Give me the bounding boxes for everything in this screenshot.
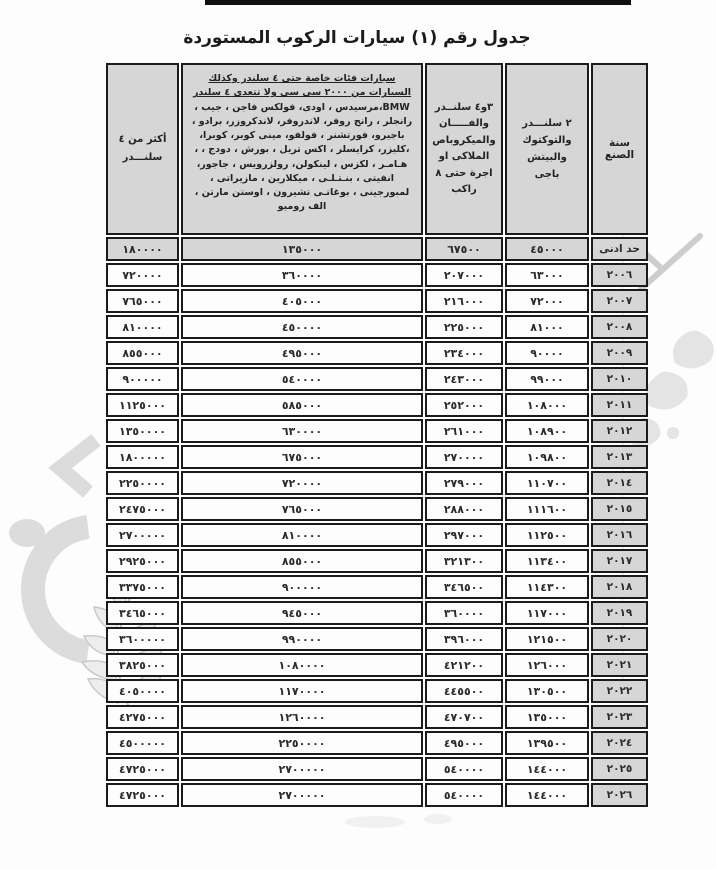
categories-cell: ٥٨٥٠٠٠: [181, 393, 423, 417]
document-page: جدول رقم (١) سيارات الركوب المستوردة سنة…: [0, 0, 716, 869]
year-cell: ٢٠٢٢: [591, 679, 648, 703]
table-row: ٢٠٢٥١٤٤٠٠٠٥٤٠٠٠٠٢٧٠٠٠٠٠٤٧٢٥٠٠٠: [106, 757, 648, 781]
table-row: ٢٠٠٩٩٠٠٠٠٢٣٤٠٠٠٤٩٥٠٠٠٨٥٥٠٠٠: [106, 341, 648, 365]
year-cell: ٢٠٠٧: [591, 289, 648, 313]
cyl2-cell: ١٠٨٩٠٠: [505, 419, 589, 443]
cyl4plus-cell: ٣٨٢٥٠٠٠: [106, 653, 179, 677]
header-3-4-cylinder: ٣و٤ سلنــدر والفـــــان والميكروباص المل…: [425, 63, 503, 235]
cyl2-cell: ١١٧٠٠٠: [505, 601, 589, 625]
table-row: ٢٠١١١٠٨٠٠٠٢٥٢٠٠٠٥٨٥٠٠٠١١٢٥٠٠٠: [106, 393, 648, 417]
cyl2-cell: ١٣٥٠٠٠: [505, 705, 589, 729]
table-row: ٢٠١٨١١٤٣٠٠٣٤٦٥٠٠٩٠٠٠٠٠٣٣٧٥٠٠٠: [106, 575, 648, 599]
cyl34-cell: ٢٧٠٠٠٠: [425, 445, 503, 469]
categories-cell: ٢٢٥٠٠٠٠: [181, 731, 423, 755]
cyl34-cell: ٤٢١٢٠٠: [425, 653, 503, 677]
categories-cell: ٢٧٠٠٠٠٠: [181, 783, 423, 807]
top-rule: [205, 0, 631, 5]
special-categories-brands-text: BMW،مرسيدس ، اودى، فولكس فاجن ، جيب ، را…: [192, 102, 412, 213]
table-row: ٢٠٢١١٢٦٠٠٠٤٢١٢٠٠١٠٨٠٠٠٠٣٨٢٥٠٠٠: [106, 653, 648, 677]
cyl34-cell: ٤٧٠٧٠٠: [425, 705, 503, 729]
cyl34-cell: ٤٤٥٥٠٠: [425, 679, 503, 703]
year-cell: ٢٠٢٤: [591, 731, 648, 755]
year-cell: ٢٠١٠: [591, 367, 648, 391]
table-row: ٢٠١٢١٠٨٩٠٠٢٦١٠٠٠٦٣٠٠٠٠١٣٥٠٠٠٠: [106, 419, 648, 443]
categories-cell: ٦٣٠٠٠٠: [181, 419, 423, 443]
cyl2-cell: ١٢٦٠٠٠: [505, 653, 589, 677]
cyl2-cell: ١٠٨٠٠٠: [505, 393, 589, 417]
cyl34-cell: ٢٩٧٠٠٠: [425, 523, 503, 547]
table-body: حد ادنى٤٥٠٠٠٦٧٥٠٠١٣٥٠٠٠١٨٠٠٠٠٢٠٠٦٦٣٠٠٠٢٠…: [106, 237, 648, 807]
cyl34-cell: ٢١٦٠٠٠: [425, 289, 503, 313]
header-2-cylinder: ٢ سلنـــدر والتوكتوك والبيتش باجى: [505, 63, 589, 235]
cyl4plus-cell: ٤٧٢٥٠٠٠: [106, 757, 179, 781]
cyl2-cell: ١٣٩٥٠٠: [505, 731, 589, 755]
year-cell: ٢٠٢٦: [591, 783, 648, 807]
table-row: ٢٠١٤١١٠٧٠٠٢٧٩٠٠٠٧٢٠٠٠٠٢٢٥٠٠٠٠: [106, 471, 648, 495]
cyl4plus-cell: ٢٤٧٥٠٠٠: [106, 497, 179, 521]
cyl34-cell: ٥٤٠٠٠٠: [425, 757, 503, 781]
cyl4plus-cell: ٢٢٥٠٠٠٠: [106, 471, 179, 495]
year-cell: حد ادنى: [591, 237, 648, 261]
categories-cell: ٤٥٠٠٠٠: [181, 315, 423, 339]
categories-cell: ٢٧٠٠٠٠٠: [181, 757, 423, 781]
cyl34-cell: ٢٣٤٠٠٠: [425, 341, 503, 365]
scan-smudges: [345, 814, 452, 828]
cyl4plus-cell: ١٨٠٠٠٠: [106, 237, 179, 261]
table-row: ٢٠١٦١١٢٥٠٠٢٩٧٠٠٠٨١٠٠٠٠٢٧٠٠٠٠٠: [106, 523, 648, 547]
table-row: ٢٠٠٨٨١٠٠٠٢٢٥٠٠٠٤٥٠٠٠٠٨١٠٠٠٠: [106, 315, 648, 339]
year-cell: ٢٠١٧: [591, 549, 648, 573]
cyl2-cell: ٦٣٠٠٠: [505, 263, 589, 287]
categories-cell: ٧٢٠٠٠٠: [181, 471, 423, 495]
table-row: ٢٠٠٧٧٢٠٠٠٢١٦٠٠٠٤٠٥٠٠٠٧٦٥٠٠٠: [106, 289, 648, 313]
year-cell: ٢٠١٣: [591, 445, 648, 469]
categories-cell: ٥٤٠٠٠٠: [181, 367, 423, 391]
cyl4plus-cell: ٤٢٧٥٠٠٠: [106, 705, 179, 729]
cyl2-cell: ٩٠٠٠٠: [505, 341, 589, 365]
header-year: سنة الصنع: [591, 63, 648, 235]
cyl4plus-cell: ٤٧٢٥٠٠٠: [106, 783, 179, 807]
cyl34-cell: ٤٩٥٠٠٠: [425, 731, 503, 755]
year-cell: ٢٠٢١: [591, 653, 648, 677]
year-cell: ٢٠١١: [591, 393, 648, 417]
header-special-categories: سيارات فئات خاصة حتى ٤ سلندر وكذلك السيا…: [181, 63, 423, 235]
table-row: ٢٠١٣١٠٩٨٠٠٢٧٠٠٠٠٦٧٥٠٠٠١٨٠٠٠٠٠: [106, 445, 648, 469]
cyl4plus-cell: ١٣٥٠٠٠٠: [106, 419, 179, 443]
cyl34-cell: ٢٦١٠٠٠: [425, 419, 503, 443]
year-cell: ٢٠٢٠: [591, 627, 648, 651]
table-row: ٢٠٢٦١٤٤٠٠٠٥٤٠٠٠٠٢٧٠٠٠٠٠٤٧٢٥٠٠٠: [106, 783, 648, 807]
table-row: ٢٠١٥١١١٦٠٠٢٨٨٠٠٠٧٦٥٠٠٠٢٤٧٥٠٠٠: [106, 497, 648, 521]
year-cell: ٢٠١٥: [591, 497, 648, 521]
cyl2-cell: ١١٤٣٠٠: [505, 575, 589, 599]
categories-cell: ٤٩٥٠٠٠: [181, 341, 423, 365]
cyl2-cell: ١٢١٥٠٠: [505, 627, 589, 651]
categories-cell: ٩٤٥٠٠٠: [181, 601, 423, 625]
cyl2-cell: ١٠٩٨٠٠: [505, 445, 589, 469]
table-row: ٢٠٢٣١٣٥٠٠٠٤٧٠٧٠٠١٢٦٠٠٠٠٤٢٧٥٠٠٠: [106, 705, 648, 729]
year-cell: ٢٠٢٥: [591, 757, 648, 781]
year-cell: ٢٠١٦: [591, 523, 648, 547]
cyl34-cell: ٢٠٧٠٠٠: [425, 263, 503, 287]
cyl34-cell: ٣٦٠٠٠٠: [425, 601, 503, 625]
table-row: ٢٠١٧١١٣٤٠٠٣٢١٣٠٠٨٥٥٠٠٠٢٩٢٥٠٠٠: [106, 549, 648, 573]
cyl4plus-cell: ٣٤٦٥٠٠٠: [106, 601, 179, 625]
cyl2-cell: ١١١٦٠٠: [505, 497, 589, 521]
cyl4plus-cell: ٧٦٥٠٠٠: [106, 289, 179, 313]
categories-cell: ٩٠٠٠٠٠: [181, 575, 423, 599]
categories-cell: ١٠٨٠٠٠٠: [181, 653, 423, 677]
special-categories-underlined-text: سيارات فئات خاصة حتى ٤ سلندر وكذلك السيا…: [193, 73, 411, 98]
year-cell: ٢٠٠٩: [591, 341, 648, 365]
cyl2-cell: ١٤٤٠٠٠: [505, 783, 589, 807]
cyl2-cell: ١١٠٧٠٠: [505, 471, 589, 495]
cyl34-cell: ٣٩٦٠٠٠: [425, 627, 503, 651]
cyl4plus-cell: ٢٧٠٠٠٠٠: [106, 523, 179, 547]
cyl4plus-cell: ٤٥٠٠٠٠٠: [106, 731, 179, 755]
year-cell: ٢٠٢٣: [591, 705, 648, 729]
cyl4plus-cell: ٨٥٥٠٠٠: [106, 341, 179, 365]
cyl4plus-cell: ٢٩٢٥٠٠٠: [106, 549, 179, 573]
header-row: سنة الصنع ٢ سلنـــدر والتوكتوك والبيتش ب…: [106, 63, 648, 235]
year-cell: ٢٠٠٨: [591, 315, 648, 339]
header-over-4-cylinder: أكثر من ٤ سلنـــدر: [106, 63, 179, 235]
table-row: ٢٠١٠٩٩٠٠٠٢٤٣٠٠٠٥٤٠٠٠٠٩٠٠٠٠٠: [106, 367, 648, 391]
cyl4plus-cell: ١١٢٥٠٠٠: [106, 393, 179, 417]
table-container: سنة الصنع ٢ سلنـــدر والتوكتوك والبيتش ب…: [104, 61, 650, 809]
categories-cell: ٨١٠٠٠٠: [181, 523, 423, 547]
cyl34-cell: ٣٤٦٥٠٠: [425, 575, 503, 599]
cyl34-cell: ٦٧٥٠٠: [425, 237, 503, 261]
table-header: سنة الصنع ٢ سلنـــدر والتوكتوك والبيتش ب…: [106, 63, 648, 235]
cyl2-cell: ١١٣٤٠٠: [505, 549, 589, 573]
categories-cell: ٧٦٥٠٠٠: [181, 497, 423, 521]
cyl4plus-cell: ٣٣٧٥٠٠٠: [106, 575, 179, 599]
cyl2-cell: ١٣٠٥٠٠: [505, 679, 589, 703]
categories-cell: ٨٥٥٠٠٠: [181, 549, 423, 573]
year-cell: ٢٠٠٦: [591, 263, 648, 287]
year-cell: ٢٠١٤: [591, 471, 648, 495]
cyl4plus-cell: ١٨٠٠٠٠٠: [106, 445, 179, 469]
cyl2-cell: ٧٢٠٠٠: [505, 289, 589, 313]
cyl2-cell: ١٤٤٠٠٠: [505, 757, 589, 781]
table-row: ٢٠٢٤١٣٩٥٠٠٤٩٥٠٠٠٢٢٥٠٠٠٠٤٥٠٠٠٠٠: [106, 731, 648, 755]
categories-cell: ١٣٥٠٠٠: [181, 237, 423, 261]
categories-cell: ٣٦٠٠٠٠: [181, 263, 423, 287]
cyl34-cell: ٢٧٩٠٠٠: [425, 471, 503, 495]
categories-cell: ١١٧٠٠٠٠: [181, 679, 423, 703]
cyl2-cell: ٤٥٠٠٠: [505, 237, 589, 261]
table-row: ٢٠١٩١١٧٠٠٠٣٦٠٠٠٠٩٤٥٠٠٠٣٤٦٥٠٠٠: [106, 601, 648, 625]
cyl34-cell: ٢٥٢٠٠٠: [425, 393, 503, 417]
cyl34-cell: ٢٤٣٠٠٠: [425, 367, 503, 391]
table-row: ٢٠٢٢١٣٠٥٠٠٤٤٥٥٠٠١١٧٠٠٠٠٤٠٥٠٠٠٠: [106, 679, 648, 703]
cyl34-cell: ٢٨٨٠٠٠: [425, 497, 503, 521]
cyl4plus-cell: ٤٠٥٠٠٠٠: [106, 679, 179, 703]
categories-cell: ٩٩٠٠٠٠: [181, 627, 423, 651]
cyl4plus-cell: ٩٠٠٠٠٠: [106, 367, 179, 391]
cyl4plus-cell: ٨١٠٠٠٠: [106, 315, 179, 339]
imported-cars-table: سنة الصنع ٢ سلنـــدر والتوكتوك والبيتش ب…: [104, 61, 650, 809]
year-cell: ٢٠١٨: [591, 575, 648, 599]
page-title: جدول رقم (١) سيارات الركوب المستوردة: [104, 28, 610, 48]
table-row: ٢٠٢٠١٢١٥٠٠٣٩٦٠٠٠٩٩٠٠٠٠٣٦٠٠٠٠٠: [106, 627, 648, 651]
categories-cell: ٦٧٥٠٠٠: [181, 445, 423, 469]
cyl4plus-cell: ٣٦٠٠٠٠٠: [106, 627, 179, 651]
table-row-minimum: حد ادنى٤٥٠٠٠٦٧٥٠٠١٣٥٠٠٠١٨٠٠٠٠: [106, 237, 648, 261]
year-cell: ٢٠١٩: [591, 601, 648, 625]
cyl4plus-cell: ٧٢٠٠٠٠: [106, 263, 179, 287]
cyl2-cell: ٩٩٠٠٠: [505, 367, 589, 391]
categories-cell: ٤٠٥٠٠٠: [181, 289, 423, 313]
cyl2-cell: ١١٢٥٠٠: [505, 523, 589, 547]
cyl34-cell: ٢٢٥٠٠٠: [425, 315, 503, 339]
cyl34-cell: ٥٤٠٠٠٠: [425, 783, 503, 807]
cyl34-cell: ٣٢١٣٠٠: [425, 549, 503, 573]
cyl2-cell: ٨١٠٠٠: [505, 315, 589, 339]
categories-cell: ١٢٦٠٠٠٠: [181, 705, 423, 729]
emblem-watermark-icon: [9, 440, 96, 652]
table-row: ٢٠٠٦٦٣٠٠٠٢٠٧٠٠٠٣٦٠٠٠٠٧٢٠٠٠٠: [106, 263, 648, 287]
year-cell: ٢٠١٢: [591, 419, 648, 443]
